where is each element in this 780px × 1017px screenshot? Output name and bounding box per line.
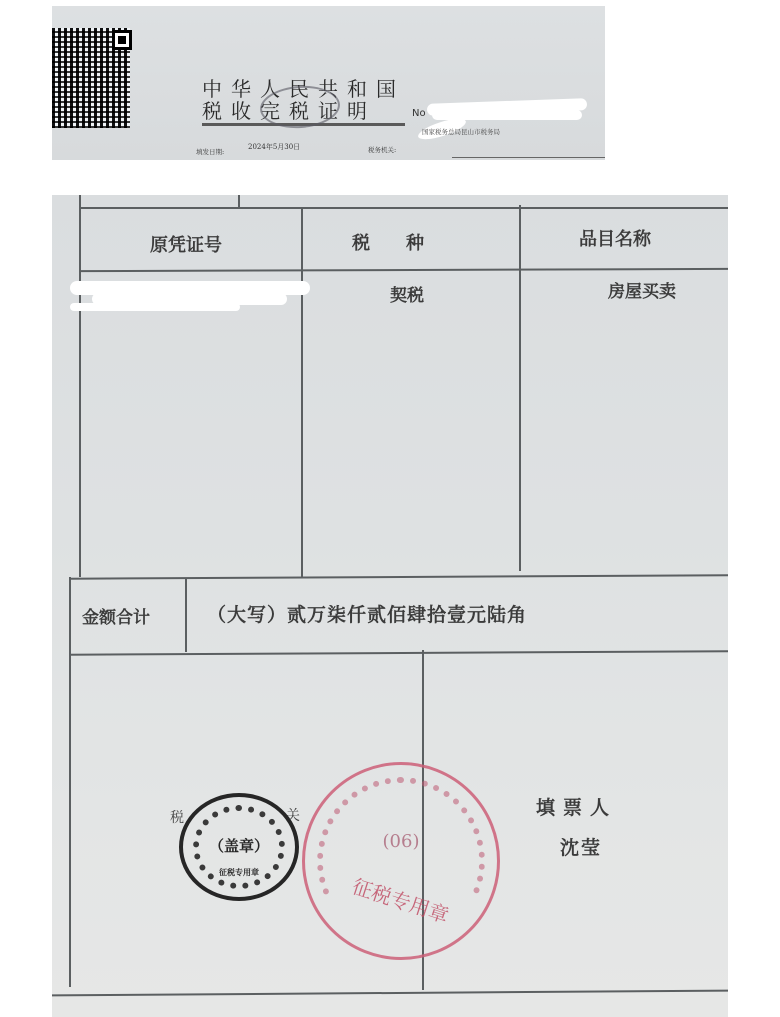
column-header-item-name: 品目名称 — [579, 225, 651, 251]
grid-line — [69, 577, 71, 987]
issuer-name: 沈莹 — [560, 833, 602, 860]
grid-line — [301, 207, 303, 577]
qr-finder-icon — [112, 30, 132, 50]
tax-type-value: 契税 — [390, 281, 424, 306]
issuer-label: 填票人 — [536, 793, 617, 820]
red-seal-code: (06) — [305, 831, 497, 852]
header-rule — [452, 157, 605, 158]
red-tax-seal: (06) 征税专用章 — [302, 762, 500, 960]
seal-text: （盖章） — [183, 835, 295, 856]
total-amount-words: （大写）贰万柒仟贰佰肆拾壹元陆角 — [207, 600, 527, 627]
total-label: 金额合计 — [82, 603, 150, 628]
column-header-voucher-no: 原凭证号 — [150, 231, 222, 257]
column-header-tax-type: 税 种 — [352, 229, 424, 255]
grid-line — [519, 205, 521, 571]
grid-line — [79, 268, 728, 272]
grid-line — [185, 578, 187, 652]
grid-line — [69, 650, 728, 655]
number-label: No — [412, 108, 426, 119]
fill-date: 2024年5月30日 — [248, 142, 300, 152]
item-name-value: 房屋买卖 — [608, 277, 676, 302]
voucher-no-redaction-3 — [70, 303, 240, 311]
seal-bottom-text: 征税专用章 — [183, 867, 295, 878]
certificate-title: 中华人民共和国 税收完税证明 — [202, 78, 405, 126]
certificate-form: 原凭证号 税 种 品目名称 契税 房屋买卖 金额合计 （大写）贰万柒仟贰佰肆拾壹… — [52, 195, 728, 1017]
grid-line — [79, 207, 728, 209]
tax-authority-seal-label: 税 — [170, 807, 184, 827]
grid-line — [79, 207, 81, 577]
fill-date-label: 填发日期: — [196, 147, 224, 156]
tax-authority-seal: （盖章） 征税专用章 — [179, 793, 299, 901]
tax-authority-label: 税务机关: — [368, 145, 396, 154]
grid-line — [69, 574, 728, 579]
grid-line — [52, 990, 728, 997]
certificate-header: 中华人民共和国 税收完税证明 No 国家税务总局昆山市税务局 填发日期: 202… — [52, 6, 605, 160]
qr-code-icon — [52, 28, 130, 128]
issuing-authority: 国家税务总局昆山市税务局 — [422, 127, 500, 136]
